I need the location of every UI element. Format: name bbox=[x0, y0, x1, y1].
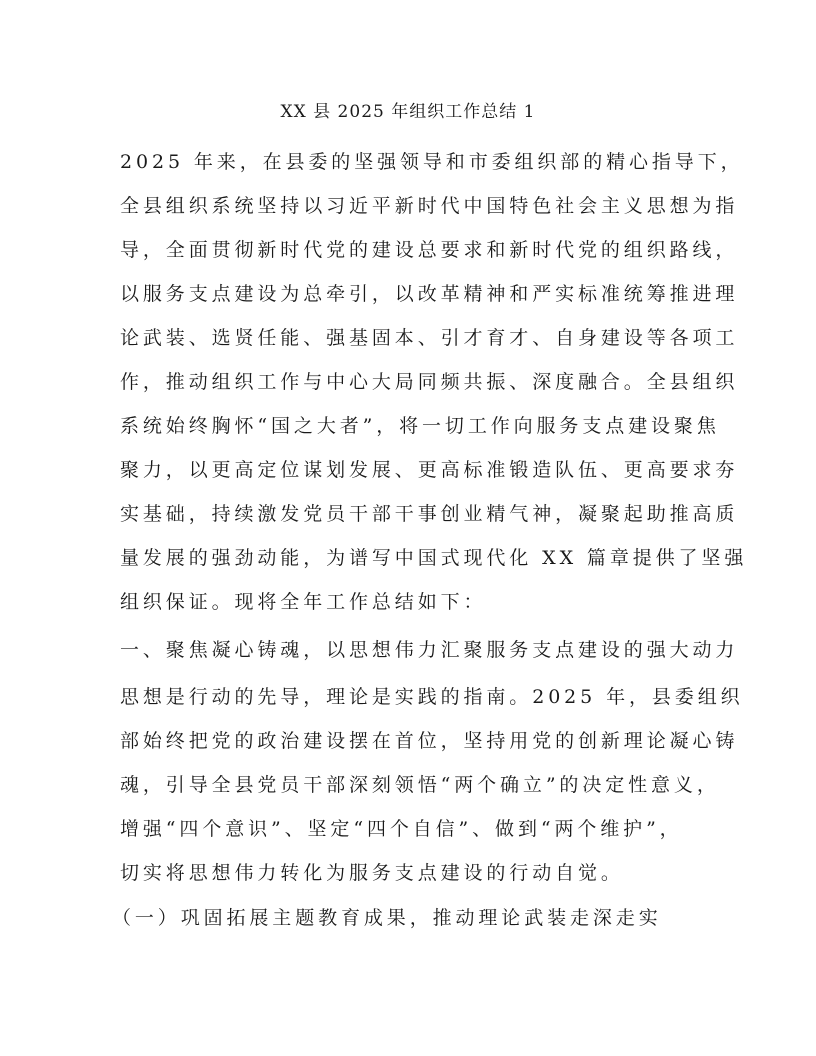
intro-line-2: 全县组织系统坚持以习近平新时代中国特色社会主义思想为指 bbox=[120, 193, 738, 219]
subsection-1-heading: （一）巩固拓展主题教育成果，推动理论武装走深走实 bbox=[112, 905, 662, 931]
intro-line-10: 量发展的强劲动能，为谱写中国式现代化 XX 篇章提供了坚强 bbox=[120, 545, 747, 571]
document-title: XX 县 2025 年组织工作总结 1 bbox=[0, 98, 816, 126]
intro-line-3: 导，全面贯彻新时代党的建设总要求和新时代党的组织路线， bbox=[120, 237, 738, 263]
intro-line-6: 作，推动组织工作与中心大局同频共振、深度融合。全县组织 bbox=[120, 369, 738, 395]
intro-line-8: 聚力，以更高定位谋划发展、更高标准锻造队伍、更高要求夯 bbox=[120, 457, 738, 483]
section-1-heading: 一、聚焦凝心铸魂，以思想伟力汇聚服务支点建设的强大动力 bbox=[120, 637, 738, 663]
section-1-line-2: 部始终把党的政治建设摆在首位，坚持用党的创新理论凝心铸 bbox=[120, 728, 738, 754]
intro-line-7: 系统始终胸怀“国之大者”，将一切工作向服务支点建设聚焦 bbox=[120, 413, 720, 439]
section-1-line-1: 思想是行动的先导，理论是实践的指南。2025 年，县委组织 bbox=[120, 684, 744, 710]
intro-line-1: 2025 年来，在县委的坚强领导和市委组织部的精心指导下， bbox=[120, 149, 744, 175]
intro-line-5: 论武装、选贤任能、强基固本、引才育才、自身建设等各项工 bbox=[120, 325, 738, 351]
intro-line-9: 实基础，持续激发党员干部干事创业精气神，凝聚起助推高质 bbox=[120, 501, 738, 527]
section-1-line-5: 切实将思想伟力转化为服务支点建设的行动自觉。 bbox=[120, 860, 624, 886]
intro-line-11: 组织保证。现将全年工作总结如下： bbox=[120, 589, 486, 615]
section-1-line-4: 增强“四个意识”、坚定“四个自信”、做到“两个维护”， bbox=[120, 816, 683, 842]
document-page: XX 县 2025 年组织工作总结 1 2025 年来，在县委的坚强领导和市委组… bbox=[0, 0, 816, 1056]
intro-line-4: 以服务支点建设为总牵引，以改革精神和严实标准统筹推进理 bbox=[120, 281, 738, 307]
section-1-line-3: 魂，引导全县党员干部深刻领悟“两个确立”的决定性意义， bbox=[120, 772, 720, 798]
